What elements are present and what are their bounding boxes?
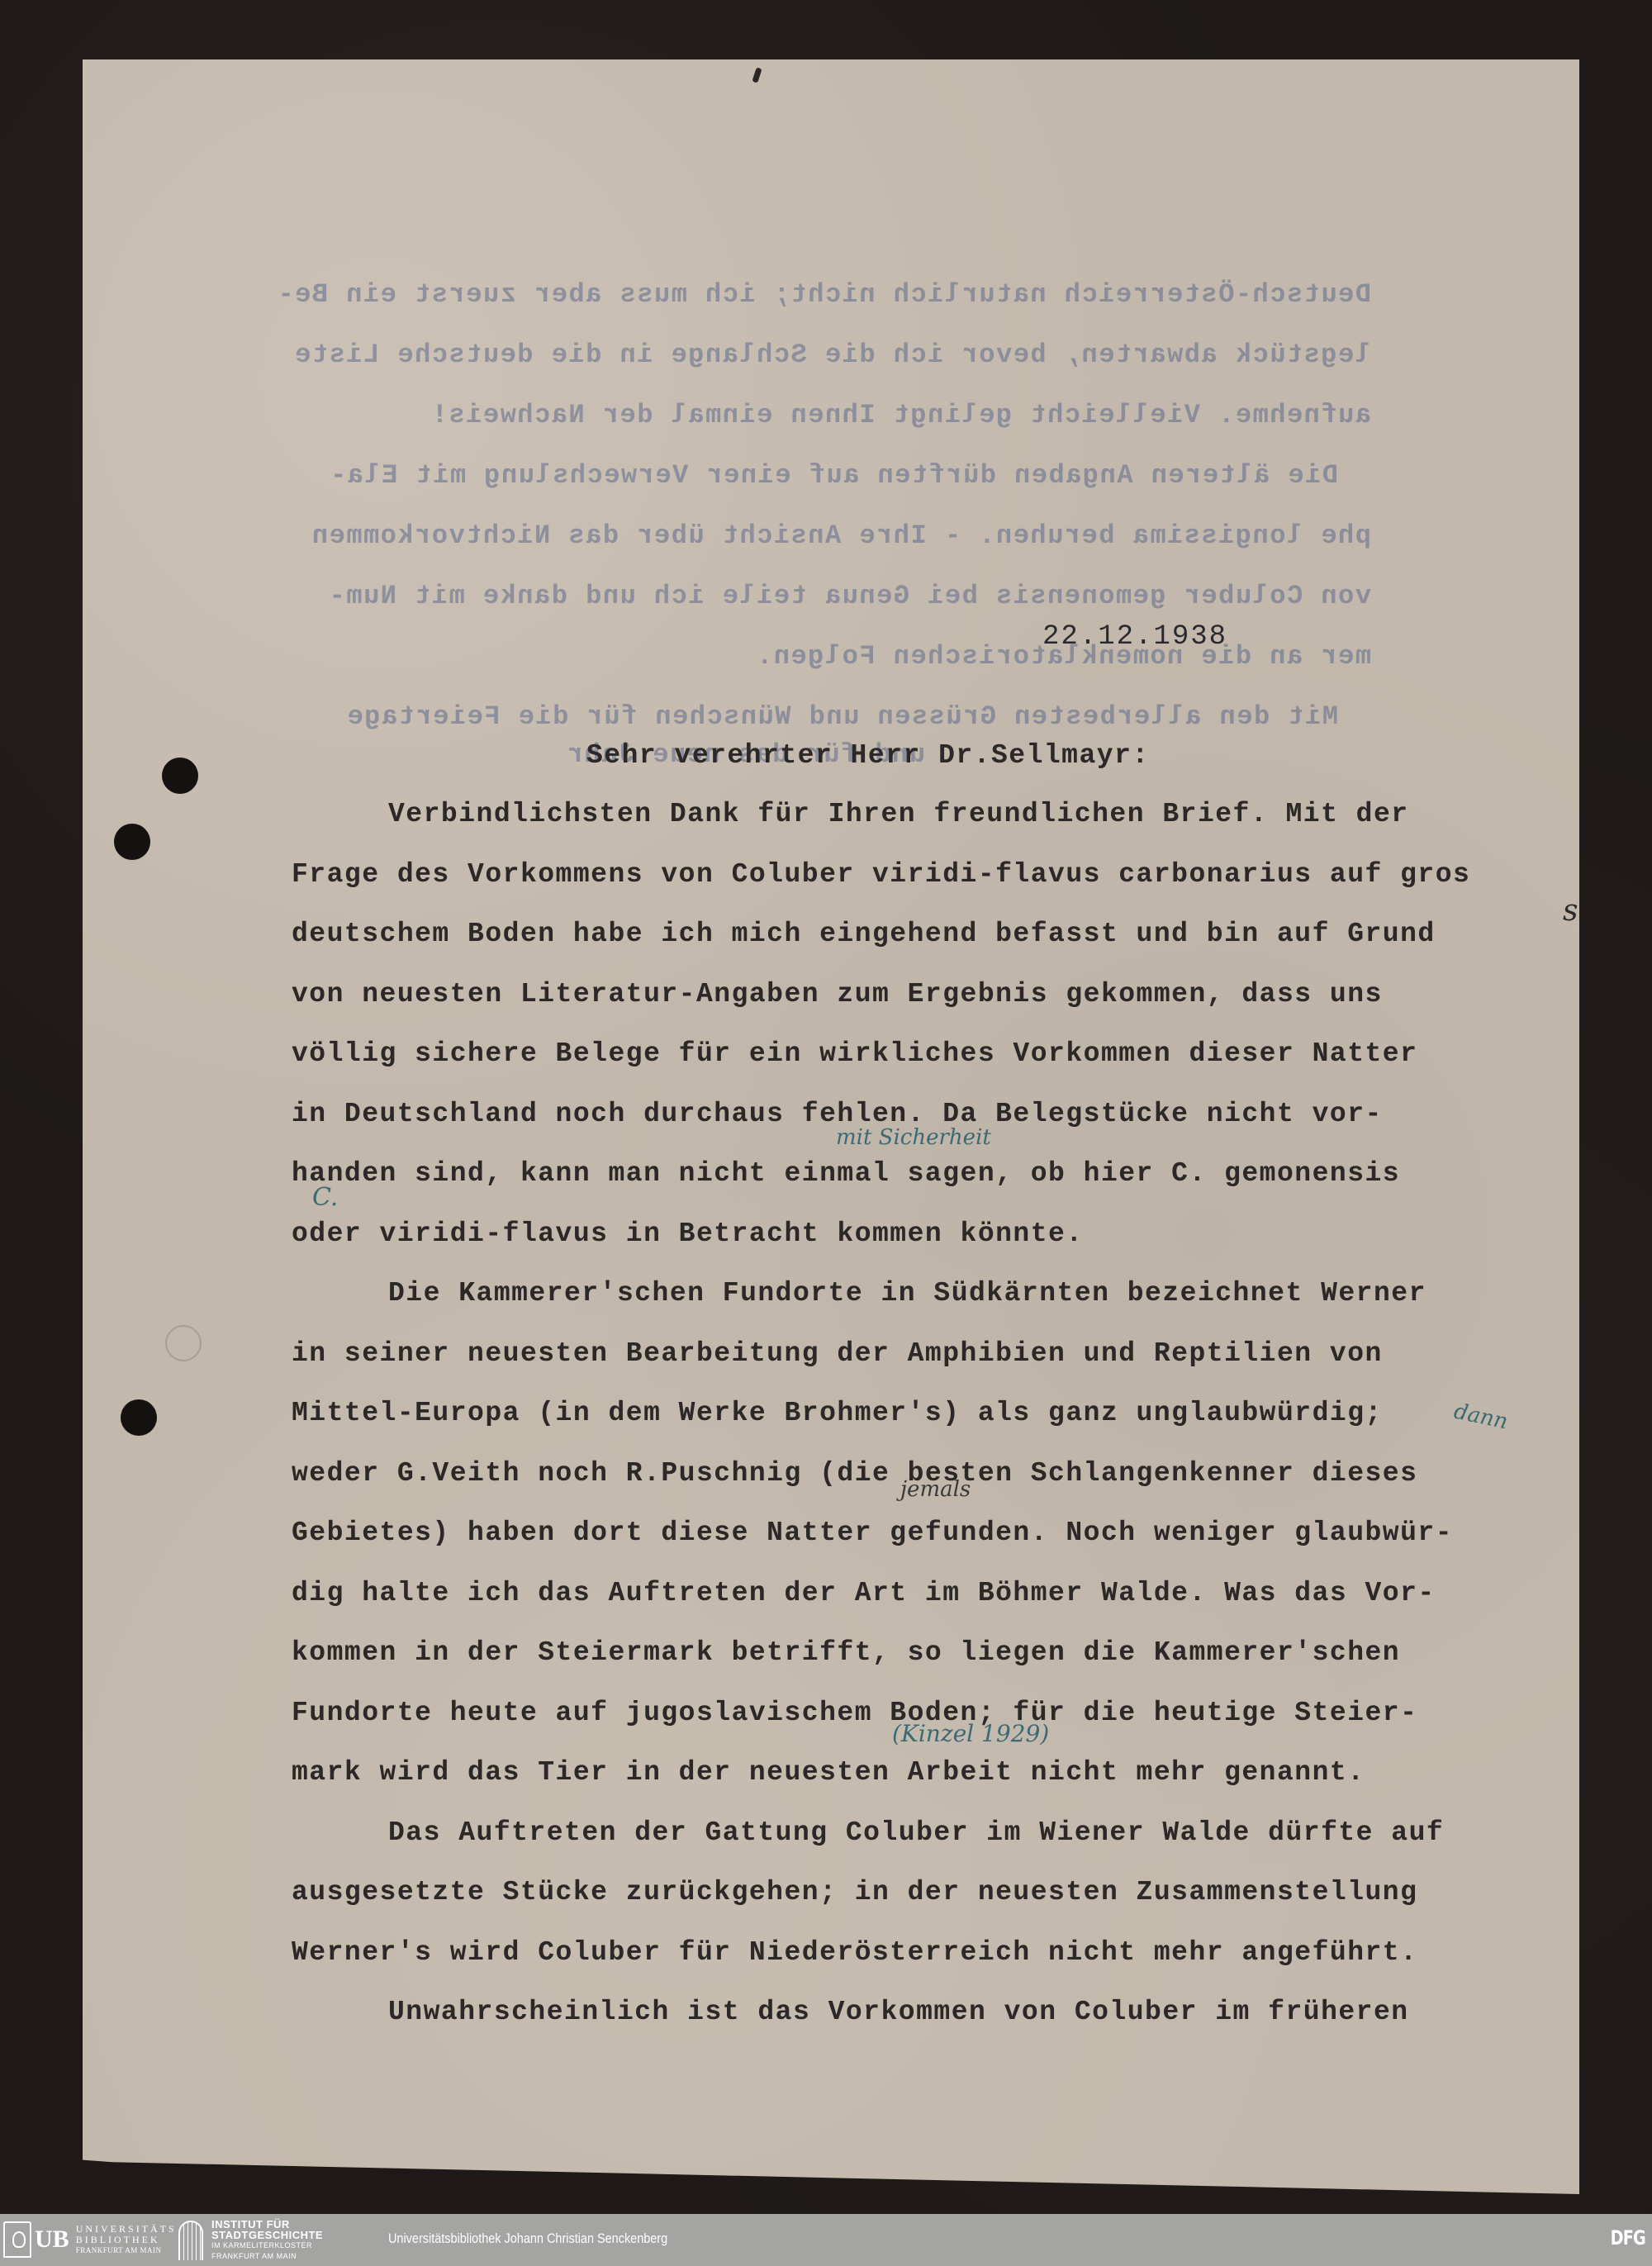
text-line: mark wird das Tier in der neuesten Arbei… — [292, 1743, 1547, 1803]
handwritten-annotation: mit Sicherheit — [836, 1125, 991, 1150]
text-line: in seiner neuesten Bearbeitung der Amphi… — [292, 1324, 1547, 1385]
ub-line-3: Frankfurt am Main — [76, 2245, 177, 2256]
isg-line-2: Stadtgeschichte — [211, 2230, 323, 2240]
text-line: Verbindlichsten Dank für Ihren freundlic… — [292, 785, 1547, 845]
isg-line-4: Frankfurt am Main — [211, 2251, 323, 2262]
ub-library-logo[interactable]: UB Universitäts Bibliothek Frankfurt am … — [3, 2219, 177, 2260]
bleed-line: aufnehme. Vielleicht gelingt Ihnen einma… — [157, 385, 1371, 445]
letter-date: 22.12.1938 — [1042, 621, 1227, 653]
punch-hole-3 — [121, 1399, 157, 1436]
gothic-arch-icon — [178, 2221, 203, 2260]
text-line: Unwahrscheinlich ist das Vorkommen von C… — [292, 1983, 1547, 2043]
goethe-portrait-icon — [3, 2221, 31, 2258]
text-line: Gebietes) haben dort diese Natter gefund… — [292, 1504, 1547, 1564]
text-line: handen sind, kann man nicht einmal sagen… — [292, 1144, 1547, 1204]
handwritten-annotation: (Kinzel 1929) — [892, 1720, 1049, 1747]
bleed-line: Die älteren Angaben dürften auf einer Ve… — [157, 445, 1371, 506]
ub-letters: UB — [35, 2226, 69, 2254]
handwritten-annotation: jemals — [900, 1477, 971, 1502]
text-line: oder viridi-flavus in Betracht kommen kö… — [292, 1204, 1547, 1265]
bleed-line: Deutsch-Österreich naturlich nicht; ich … — [157, 264, 1371, 325]
ub-line-1: Universitäts — [76, 2224, 177, 2235]
bleed-line: phe longissima beruhen. - Ihre Ansicht ü… — [157, 506, 1371, 566]
letter-body: Sehr verehrter Herr Dr.Sellmayr: Verbind… — [292, 727, 1547, 2043]
punch-hole-2 — [114, 824, 150, 860]
reverse-side-bleed-through: Deutsch-Österreich naturlich nicht; ich … — [157, 264, 1371, 763]
text-line: dig halte ich das Auftreten der Art im B… — [292, 1564, 1547, 1624]
footer-library-title[interactable]: Universitätsbibliothek Johann Christian … — [388, 2230, 667, 2247]
dfg-logo[interactable]: DFG — [1611, 2226, 1645, 2249]
ub-logo-text: Universitäts Bibliothek Frankfurt am Mai… — [76, 2224, 177, 2256]
text-line: ausgesetzte Stücke zurückgehen; in der n… — [292, 1863, 1547, 1923]
text-line: deutschem Boden habe ich mich eingehend … — [292, 905, 1547, 965]
text-line: Die Kammerer'schen Fundorte in Südkärnte… — [292, 1264, 1547, 1324]
salutation: Sehr verehrter Herr Dr.Sellmayr: — [586, 727, 1547, 785]
ub-line-2: Bibliothek — [76, 2235, 177, 2245]
text-line: Frage des Vorkommens von Coluber viridi-… — [292, 845, 1547, 905]
punch-hole-faint — [165, 1325, 202, 1361]
isg-logo[interactable]: Institut für Stadtgeschichte im Karmelit… — [178, 2219, 323, 2262]
bleed-line: von Coluber gemonensis bei Genua teile i… — [157, 566, 1371, 626]
handwritten-annotation: s — [1563, 894, 1578, 928]
text-line: kommen in der Steiermark betrifft, so li… — [292, 1623, 1547, 1684]
isg-line-3: im Karmeliterkloster — [211, 2240, 323, 2251]
bleed-line: legstück abwarten, bevor ich die Schlang… — [157, 325, 1371, 385]
text-line: Werner's wird Coluber für Niederösterrei… — [292, 1923, 1547, 1983]
text-line: von neuesten Literatur-Angaben zum Ergeb… — [292, 965, 1547, 1025]
text-line: Das Auftreten der Gattung Coluber im Wie… — [292, 1803, 1547, 1864]
footer-bar: UB Universitäts Bibliothek Frankfurt am … — [0, 2214, 1652, 2266]
handwritten-annotation: C. — [312, 1183, 338, 1212]
text-line: völlig sichere Belege für ein wirkliches… — [292, 1024, 1547, 1085]
isg-logo-text: Institut für Stadtgeschichte im Karmelit… — [211, 2219, 323, 2262]
text-line: Mittel-Europa (in dem Werke Brohmer's) a… — [292, 1384, 1547, 1444]
